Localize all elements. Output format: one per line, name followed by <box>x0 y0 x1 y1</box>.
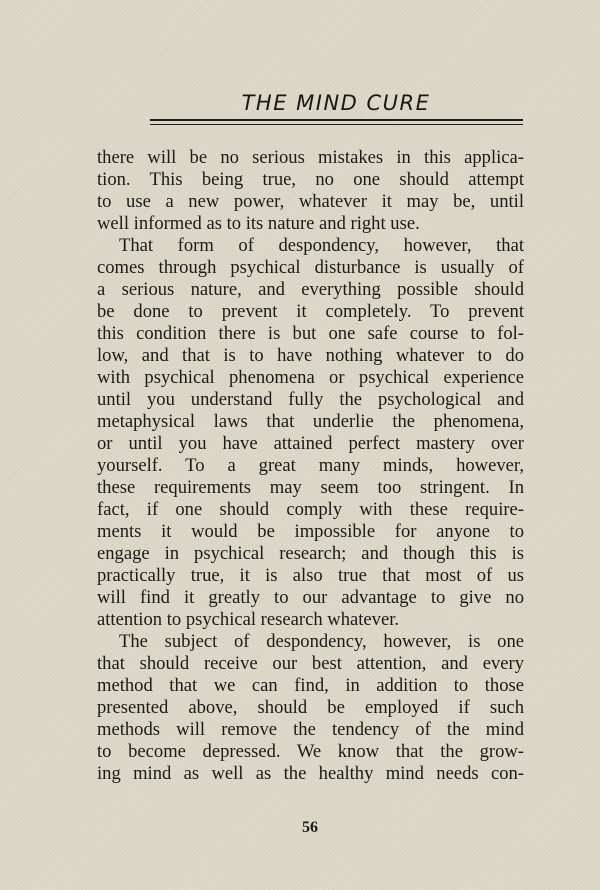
text-line: with psychical phenomena or psychical ex… <box>97 367 524 389</box>
text-line: practically true, it is also true that m… <box>97 565 524 587</box>
text-line: The subject of despondency, however, is … <box>97 631 524 653</box>
text-line: or until you have attained perfect maste… <box>97 433 524 455</box>
text-line: attention to psychical research whatever… <box>97 609 524 631</box>
book-page: THE MIND CURE there will be no serious m… <box>0 0 600 890</box>
body-text: there will be no serious mistakes in thi… <box>97 147 524 785</box>
text-line: these requirements may seem too stringen… <box>97 477 524 499</box>
text-line: this condition there is but one safe cou… <box>97 323 524 345</box>
text-line: yourself. To a great many minds, however… <box>97 455 524 477</box>
header-double-rule <box>150 119 523 125</box>
text-line: that should receive our best attention, … <box>97 653 524 675</box>
text-line: tion. This being true, no one should att… <box>97 169 524 191</box>
text-line: engage in psychical research; and though… <box>97 543 524 565</box>
text-line: presented above, should be employed if s… <box>97 697 524 719</box>
text-line: low, and that is to have nothing whateve… <box>97 345 524 367</box>
text-line: fact, if one should comply with these re… <box>97 499 524 521</box>
text-line: ing mind as well as the healthy mind nee… <box>97 763 524 785</box>
text-line: will find it greatly to our advantage to… <box>97 587 524 609</box>
text-line: comes through psychical disturbance is u… <box>97 257 524 279</box>
text-line: a serious nature, and everything possibl… <box>97 279 524 301</box>
text-line: to use a new power, whatever it may be, … <box>97 191 524 213</box>
text-line: methods will remove the tendency of the … <box>97 719 524 741</box>
text-line: ments it would be impossible for anyone … <box>97 521 524 543</box>
text-line: method that we can find, in addition to … <box>97 675 524 697</box>
text-line: until you understand fully the psycholog… <box>97 389 524 411</box>
text-line: That form of despondency, however, that <box>97 235 524 257</box>
text-line: be done to prevent it completely. To pre… <box>97 301 524 323</box>
page-number: 56 <box>280 819 340 837</box>
text-line: there will be no serious mistakes in thi… <box>97 147 524 169</box>
text-line: to become depressed. We know that the gr… <box>97 741 524 763</box>
text-line: well informed as to its nature and right… <box>97 213 524 235</box>
running-head: THE MIND CURE <box>150 91 522 115</box>
text-line: metaphysical laws that underlie the phen… <box>97 411 524 433</box>
